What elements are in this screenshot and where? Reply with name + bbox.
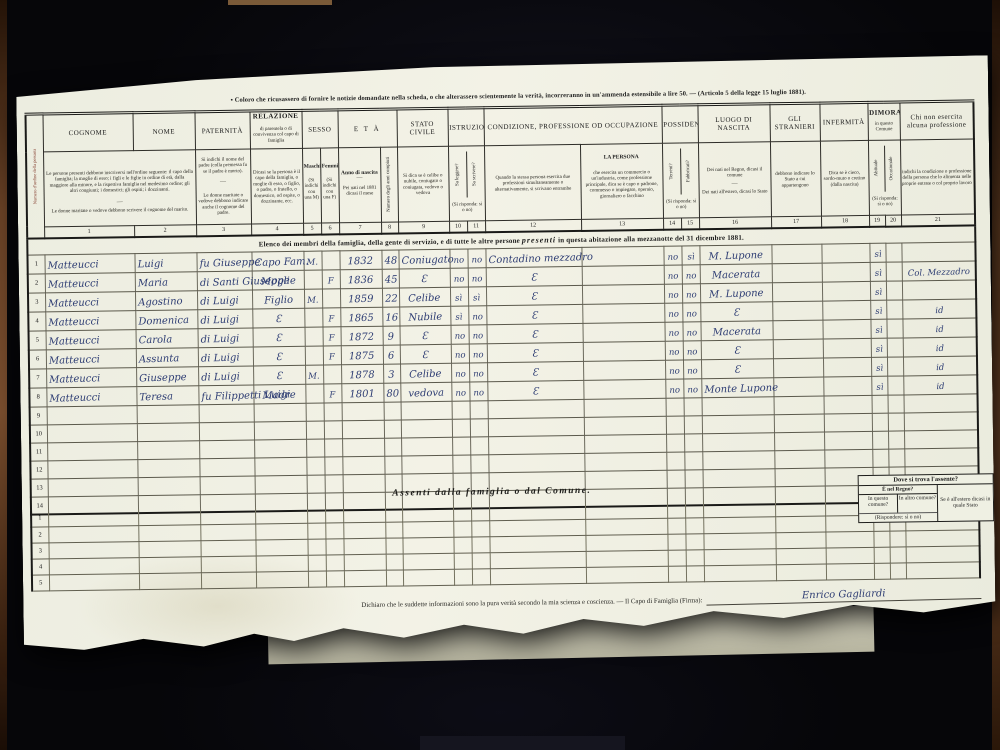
cell-terreni: no [665, 341, 683, 360]
cell-terreni [666, 434, 684, 452]
cell-femmina [326, 554, 344, 570]
cell-maschio [307, 523, 325, 539]
subheader-maschio: Maschio(Si indichi con una M) [302, 148, 321, 223]
cell-stranieri [773, 320, 823, 340]
cell-la-persona [586, 550, 668, 567]
cell-abituale: sì [869, 243, 885, 262]
cell-nome [137, 441, 199, 460]
cell-la-persona [585, 534, 667, 551]
cell-anno: 1801 [341, 383, 383, 403]
cell-anni [386, 553, 403, 569]
photo-background: { "colors": {"background":"#060609","pap… [0, 0, 1000, 750]
cell-sa-scrivere: no [469, 382, 487, 401]
cell-femmina [321, 251, 339, 270]
cell-relazione: Ɛ [253, 346, 305, 366]
answer-yes-no-note: (Rispondere: sì o no) [859, 512, 937, 522]
cell-stranieri [772, 263, 822, 283]
cell-anni: 9 [383, 326, 400, 345]
cell-paternita: di Luigi [198, 366, 253, 386]
cell-femmina: F [322, 308, 340, 327]
cell-cognome [47, 405, 137, 424]
cell-anno [344, 570, 386, 587]
cell-chi-alimenta [906, 545, 980, 562]
cell-infermita [822, 281, 870, 301]
cell-nome [138, 508, 200, 525]
cell-femmina [325, 506, 343, 522]
cell-chi-alimenta [904, 394, 978, 413]
cell-anni [386, 569, 403, 585]
cell-professione [488, 453, 584, 472]
cell-anni [384, 438, 401, 456]
note-stranieri: debbono indicare lo Stato a cui apparten… [770, 141, 821, 216]
cell-sa-leggere [454, 552, 472, 568]
column-header-possidenza: POSSIDENZA [661, 105, 698, 144]
cell-femmina: F [322, 270, 340, 289]
cell-maschio: M. [303, 251, 321, 270]
cell-fabbricati: no [682, 284, 700, 303]
cell-num: 3 [28, 293, 45, 312]
cell-terreni [666, 398, 684, 416]
cell-chi-alimenta: Col. Mezzadro [902, 261, 976, 281]
cell-la-persona [583, 379, 665, 399]
cell-cognome [49, 557, 139, 574]
cell-luogo-nascita [703, 500, 775, 517]
cell-sa-scrivere: no [469, 344, 487, 363]
cell-femmina [326, 570, 344, 586]
cell-professione [488, 417, 584, 436]
cell-fabbricati: no [683, 379, 701, 398]
absent-row-number: 4 [32, 558, 49, 574]
cell-terreni: no [665, 379, 683, 398]
note-infermita: Dica se è cieco, sordo-muto o cretino (d… [820, 141, 869, 216]
cell-stranieri [774, 414, 824, 433]
column-header-dimora: DIMORAin questo Comune [867, 102, 900, 141]
cell-terreni [667, 518, 685, 534]
cell-terreni [667, 470, 685, 488]
cell-stranieri [774, 432, 824, 451]
cell-stato-civile: Nubile [399, 306, 450, 326]
cell-anni [385, 521, 402, 537]
cell-la-persona [586, 566, 668, 583]
cell-la-persona [584, 452, 666, 471]
cell-nome [137, 405, 199, 424]
cell-cognome: Matteucci [45, 272, 135, 292]
cell-terreni [667, 502, 685, 518]
cell-femmina [325, 538, 343, 554]
column-header-eta: E T À [337, 109, 397, 148]
cell-stranieri [772, 282, 822, 302]
cell-nome: Domenica [135, 310, 197, 330]
cell-paternita [199, 422, 254, 441]
cell-sa-scrivere: no [468, 268, 486, 287]
cell-professione [488, 399, 584, 418]
cell-stato-civile [402, 521, 453, 538]
cell-relazione: Ɛ [252, 308, 304, 328]
cell-relazione [254, 403, 306, 422]
this-commune-label: In questo comune? [859, 495, 898, 514]
cell-chi-alimenta: id [902, 299, 976, 319]
cell-infermita [822, 300, 870, 320]
cell-num: 8 [29, 388, 46, 407]
cell-luogo-nascita: Macerata [701, 321, 773, 341]
other-commune-label: In altro comune? [897, 494, 937, 513]
cell-professione: Ɛ [486, 304, 582, 324]
cell-la-persona [582, 303, 664, 323]
cell-sa-scrivere [470, 419, 488, 437]
cell-paternita: di Luigi [198, 347, 253, 367]
cell-abituale: sì [870, 281, 886, 300]
cell-maschio [307, 539, 325, 555]
subheader-istruzione: Sa leggere?Sa scrivere?(Si risponda: sì … [448, 146, 485, 221]
absent-row-number: 1 [31, 510, 48, 526]
cell-luogo-nascita: M. Lupone [699, 245, 771, 265]
cell-sa-leggere [453, 536, 471, 552]
cell-anno [342, 420, 384, 439]
cell-terreni [666, 416, 684, 434]
cell-occasionale [886, 319, 902, 338]
cell-cognome [48, 525, 138, 542]
cell-maschio [308, 555, 326, 571]
cell-anni [385, 537, 402, 553]
cell-maschio [306, 421, 324, 439]
cell-relazione [254, 457, 306, 476]
cell-infermita [824, 395, 872, 414]
cell-nome: Maria [135, 272, 197, 292]
abroad-state-label: Se è all'estero dicasi in quale Stato [937, 484, 993, 521]
cell-nome [138, 477, 200, 496]
cell-la-persona [585, 502, 667, 519]
cell-paternita [201, 572, 256, 589]
cell-maschio [304, 270, 322, 289]
cell-fabbricati [684, 398, 702, 416]
cell-sa-scrivere: no [467, 249, 485, 268]
table-wood-edge-left [0, 0, 7, 750]
cell-occasionale [888, 395, 904, 413]
cell-anno: 1859 [340, 288, 382, 308]
table-wood-edge-top [228, 0, 332, 5]
cell-chi-alimenta: id [903, 337, 977, 357]
cell-stranieri [776, 564, 826, 581]
cell-infermita [826, 563, 874, 580]
cell-anni: 16 [382, 307, 399, 326]
cell-abituale [873, 531, 889, 547]
subheader-femmina: Femmina(Si indichi con una F) [320, 148, 339, 223]
cell-sa-scrivere [472, 552, 490, 568]
cell-cognome: Matteucci [46, 348, 136, 368]
cell-nome: Giuseppe [136, 367, 198, 387]
cell-stato-civile: vedova [400, 382, 451, 402]
cell-anno: 1865 [340, 307, 382, 327]
cell-num: 7 [29, 369, 46, 388]
cell-nome: Agostino [135, 291, 197, 311]
subheader-dimora: AbitualeOccasionale(Si risponda: sì o no… [868, 140, 901, 215]
cell-chi-alimenta [905, 529, 979, 546]
column-header-order-number: Numero d'ordine della persona [25, 114, 44, 239]
cell-stato-civile [401, 437, 452, 456]
cell-stato-civile [402, 537, 453, 554]
cell-terreni [667, 534, 685, 550]
cell-la-persona [584, 416, 666, 435]
cell-anni: 48 [381, 250, 398, 269]
cell-occasionale [890, 546, 906, 562]
cell-abituale [874, 547, 890, 563]
cell-relazione [255, 507, 307, 524]
cell-occasionale [887, 376, 903, 395]
table-wood-edge-right [992, 0, 1000, 750]
cell-la-persona [583, 341, 665, 361]
where-is-absent-box: Dove si trova l'assente? È nel Regno? In… [858, 473, 995, 523]
note-paternita: Si indichi il nome del padre (colla prem… [195, 149, 251, 224]
cell-cognome: Matteucci [45, 310, 135, 330]
cell-cognome [47, 423, 137, 442]
cell-anni: 45 [382, 269, 399, 288]
cell-luogo-nascita: Ɛ [701, 340, 773, 360]
cell-la-persona [584, 434, 666, 453]
cell-stranieri [776, 548, 826, 565]
cell-infermita [823, 357, 871, 377]
cell-cognome [48, 509, 138, 526]
cell-anni: 6 [383, 345, 400, 364]
cell-paternita [200, 508, 255, 525]
cell-nome [137, 459, 199, 478]
cell-chi-alimenta [904, 448, 978, 467]
note-luogo-nascita: Dei nati nel Regno, dicasi il comune—Dei… [698, 142, 771, 217]
cell-sa-scrivere [470, 455, 488, 473]
cell-professione [489, 503, 585, 520]
cell-stranieri [772, 301, 822, 321]
cell-abituale: sì [871, 376, 887, 395]
cell-abituale: sì [870, 300, 886, 319]
cell-professione: Ɛ [486, 285, 582, 305]
cell-anni [384, 456, 401, 474]
cell-anni [384, 402, 401, 420]
absent-table: 12345 [30, 497, 981, 591]
head-of-family-signature: Enrico Gagliardi [706, 587, 981, 606]
cell-abituale: sì [870, 262, 886, 281]
cell-sa-leggere [452, 401, 470, 419]
subheader-possidenza: Terreni?Fabbricati?(Si risponda: sì o no… [662, 143, 699, 218]
cell-stato-civile: Celibe [400, 363, 451, 383]
cell-luogo-nascita: Ɛ [701, 359, 773, 379]
census-sheet-1881: • Coloro che ricusassero di fornire le n… [16, 55, 996, 669]
cell-paternita [201, 556, 256, 573]
cell-num: 11 [30, 443, 47, 461]
cell-num: 10 [30, 425, 47, 443]
cell-fabbricati [684, 452, 702, 470]
cell-cognome [49, 573, 139, 590]
cell-stato-civile: Ɛ [400, 325, 451, 345]
cell-professione [488, 435, 584, 454]
cell-sa-leggere: no [450, 268, 468, 287]
note-cognome-nome: Le persone presenti debbono inscriversi … [43, 150, 196, 227]
cell-abituale: sì [871, 357, 887, 376]
cell-stranieri [775, 516, 825, 533]
cell-fabbricati [685, 470, 703, 488]
cell-anno [343, 506, 385, 523]
cell-sa-scrivere: no [469, 363, 487, 382]
cell-femmina [324, 439, 342, 457]
cell-abituale [872, 431, 888, 449]
cell-terreni [668, 550, 686, 566]
cell-terreni [666, 452, 684, 470]
cell-paternita: di Santi Giuseppe [197, 271, 252, 291]
absent-row-number: 2 [31, 526, 48, 542]
cell-chi-alimenta: id [902, 318, 976, 338]
cell-infermita [824, 431, 872, 450]
cell-luogo-nascita: Monte Lupone [701, 378, 773, 398]
cell-infermita [823, 338, 871, 358]
cell-anno [343, 522, 385, 539]
cell-sa-leggere [453, 521, 471, 537]
cell-la-persona [585, 518, 667, 535]
cell-anno [343, 538, 385, 555]
note-chi-non-esercita: indichi la condizione o professione dell… [900, 139, 975, 215]
cell-stranieri [773, 377, 823, 397]
cell-luogo-nascita [702, 433, 774, 452]
cell-nome [138, 524, 200, 541]
cell-sa-leggere [452, 419, 470, 437]
cell-anno [342, 456, 384, 475]
cell-la-persona [583, 360, 665, 380]
cell-paternita: fu Filippetti Luigi [198, 385, 253, 405]
cell-anni: 22 [382, 288, 399, 307]
cell-la-persona [584, 398, 666, 417]
cell-paternita: di Luigi [198, 328, 253, 348]
cell-infermita [826, 547, 874, 564]
cell-occasionale [888, 449, 904, 467]
cell-occasionale [886, 262, 902, 281]
cell-la-persona [581, 246, 663, 266]
cell-fabbricati: no [682, 265, 700, 284]
cell-stranieri [771, 244, 821, 264]
cell-femmina [324, 457, 342, 475]
cell-stato-civile [403, 569, 454, 586]
cell-professione: Ɛ [487, 380, 583, 400]
cell-paternita [199, 458, 254, 477]
cell-infermita [825, 531, 873, 548]
cell-maschio [307, 507, 325, 523]
cell-cognome: Matteucci [46, 367, 136, 387]
cell-luogo-nascita [703, 516, 775, 533]
cell-fabbricati [684, 434, 702, 452]
cell-luogo-nascita [703, 469, 775, 488]
cell-infermita [821, 243, 869, 263]
note-stato-civile: Si dica se è celibe o nubile, coniugato … [397, 147, 449, 222]
cell-professione: Ɛ [487, 323, 583, 343]
cell-relazione: Capo Fam. [251, 251, 303, 271]
note-relazione: Dicasi se la persona è il capo della fam… [250, 149, 303, 224]
cell-chi-alimenta: id [903, 356, 977, 376]
cell-luogo-nascita [704, 564, 776, 581]
cell-sa-leggere: no [451, 325, 469, 344]
cell-terreni: no [665, 322, 683, 341]
cell-sa-scrivere: no [468, 306, 486, 325]
cell-occasionale [888, 413, 904, 431]
cell-stranieri [773, 339, 823, 359]
cell-professione [490, 567, 586, 584]
cell-nome: Assunta [136, 348, 198, 368]
cell-femmina [324, 421, 342, 439]
cell-cognome [48, 541, 138, 558]
cell-stato-civile: Coniugato [398, 249, 449, 269]
column-header-condizione: CONDIZIONE, PROFESSIONE OD OCCUPAZIONE [483, 105, 662, 146]
cell-num: 13 [31, 479, 48, 497]
cell-paternita [200, 524, 255, 541]
cell-relazione [255, 475, 307, 494]
cell-sa-scrivere: no [469, 325, 487, 344]
cell-cognome: Matteucci [45, 291, 135, 311]
cell-professione [489, 519, 585, 536]
cell-sa-leggere [452, 455, 470, 473]
cell-maschio [305, 384, 323, 403]
cell-abituale: sì [871, 319, 887, 338]
cell-terreni: no [663, 246, 681, 265]
cell-femmina: F [323, 346, 341, 365]
column-header-stato-civile: STATO CIVILE [396, 108, 448, 147]
cell-cognome: Matteucci [46, 329, 136, 349]
cell-anni [385, 505, 402, 521]
cell-relazione [255, 523, 307, 540]
cell-maschio [306, 457, 324, 475]
cell-num: 5 [29, 331, 46, 350]
cell-relazione [256, 555, 308, 572]
cell-nome: Teresa [136, 386, 198, 406]
column-header-relazione: RELAZIONEdi parentela o di convivenza co… [249, 110, 302, 149]
cell-paternita: di Luigi [197, 309, 252, 329]
cell-occasionale [887, 357, 903, 376]
cell-occasionale [890, 562, 906, 578]
cell-chi-alimenta [904, 430, 978, 449]
cell-cognome [47, 441, 137, 460]
cell-sa-scrivere [471, 536, 489, 552]
column-header-cognome: COGNOME [42, 113, 133, 153]
cell-terreni: no [664, 303, 682, 322]
cell-femmina: F [322, 327, 340, 346]
cell-fabbricati: no [683, 322, 701, 341]
cell-terreni: no [664, 265, 682, 284]
cell-abituale [872, 413, 888, 431]
cell-fabbricati: no [683, 360, 701, 379]
cell-sa-scrivere [472, 568, 490, 584]
cell-maschio [306, 403, 324, 421]
cell-sa-scrivere: sì [468, 287, 486, 306]
cell-stranieri [775, 468, 825, 487]
cell-professione [490, 551, 586, 568]
cell-femmina [323, 365, 341, 384]
cell-stato-civile [401, 419, 452, 438]
cell-stato-civile [403, 553, 454, 570]
cell-chi-alimenta [904, 412, 978, 431]
cell-luogo-nascita [704, 548, 776, 565]
absent-row-number: 3 [31, 542, 48, 558]
cell-fabbricati [686, 565, 704, 581]
cell-luogo-nascita [702, 397, 774, 416]
cell-stato-civile: Celibe [399, 287, 450, 307]
declaration-line: Dichiaro che le suddette informazioni so… [361, 588, 981, 609]
absent-row-number: 5 [32, 574, 49, 590]
cell-num: 6 [29, 350, 46, 369]
subheader-anni-compiuti: Numero degli anni compiuti [380, 147, 398, 222]
cell-paternita [199, 404, 254, 423]
signature-label: Il Capo di Famiglia (Firma): [625, 597, 702, 605]
cell-femmina [322, 289, 340, 308]
cell-professione: Contadino mezzadro [485, 247, 581, 267]
cell-nome [138, 540, 200, 557]
cell-maschio: M. [305, 365, 323, 384]
cell-la-persona [582, 322, 664, 342]
cell-maschio [306, 439, 324, 457]
cell-infermita [822, 262, 870, 282]
